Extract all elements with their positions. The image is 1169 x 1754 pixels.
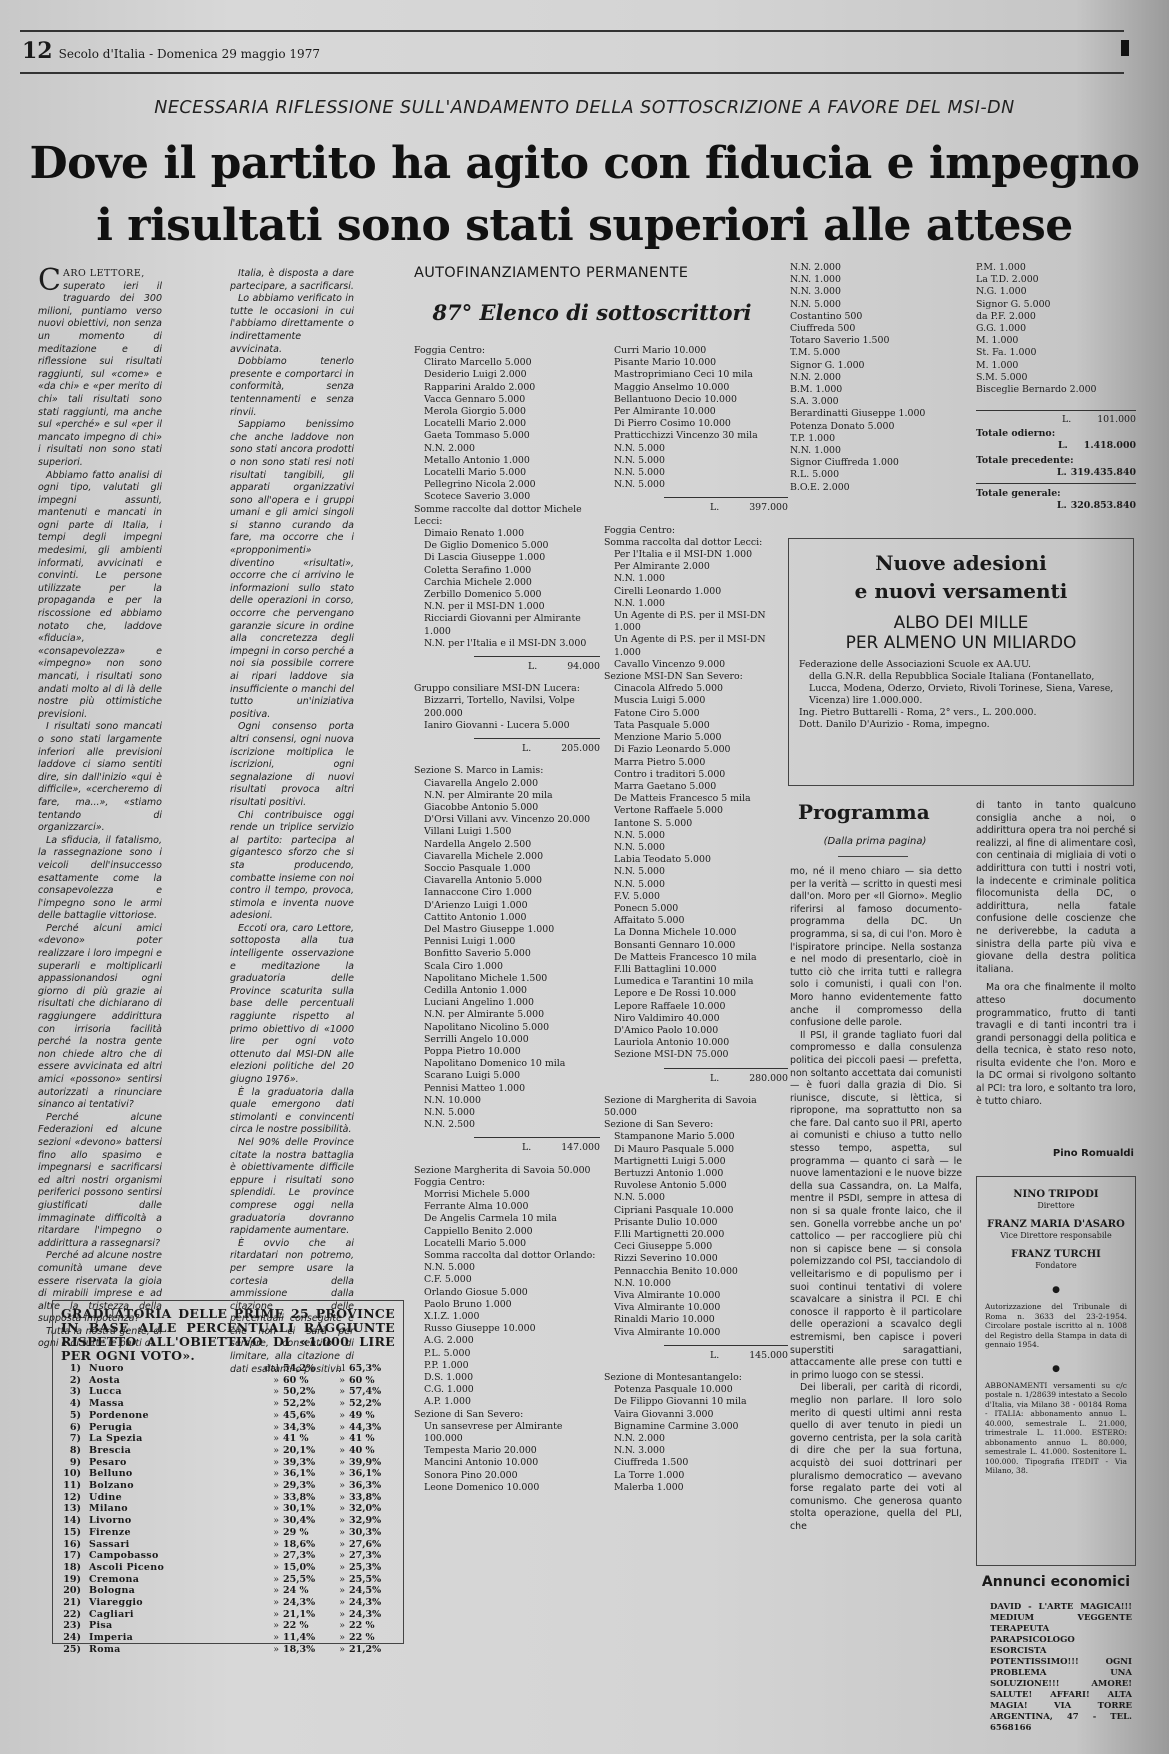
from-percent: 24 % [283, 1585, 329, 1597]
to-label: » [329, 1398, 349, 1410]
contributor: Di Fazio Leonardo 5.000 [604, 744, 788, 756]
programma-subtitle: (Dalla prima pagina) [790, 836, 960, 847]
contributor: Potenza Pasquale 10.000 [604, 1384, 788, 1396]
contributor: Pennacchia Benito 10.000 [604, 1266, 788, 1278]
section-total: L.94.000 [474, 656, 600, 673]
programma-paragraph: mo, né il meno chiaro — sia detto per la… [790, 866, 962, 1030]
from-label: » [263, 1609, 283, 1621]
contributor: Rapparini Araldo 2.000 [414, 382, 600, 394]
contributor: R.L. 5.000 [790, 469, 962, 481]
contributor: N.N. 3.000 [604, 1445, 788, 1457]
contributor: Pennisi Luigi 1.000 [414, 936, 600, 948]
from-label: » [263, 1468, 283, 1480]
contributor: Paolo Bruno 1.000 [414, 1299, 600, 1311]
contributor: da P.F. 2.000 [976, 311, 1136, 323]
contributor: D'Amico Paolo 10.000 [604, 1025, 788, 1037]
masthead-bottom-rule [20, 72, 1124, 74]
contributor: Soccio Pasquale 1.000 [414, 863, 600, 875]
contributor: Tempesta Mario 20.000 [414, 1445, 600, 1457]
top-rule [20, 30, 1124, 32]
contributor: Iantone S. 5.000 [604, 818, 788, 830]
graduatoria-row: 21)Viareggio»24,3%»24,3% [61, 1597, 395, 1609]
contributor: Giacobbe Antonio 5.000 [414, 802, 600, 814]
contributor: B.M. 1.000 [790, 384, 962, 396]
contributor: N.N. 2.000 [604, 1433, 788, 1445]
rank: 3) [61, 1386, 89, 1398]
contributor: Tata Pasquale 5.000 [604, 720, 788, 732]
from-percent: 18,6% [283, 1539, 329, 1551]
section-heading: Sezione di San Severo: [414, 1409, 600, 1421]
to-label: » [329, 1457, 349, 1469]
to-label: » [329, 1539, 349, 1551]
registration-note: Autorizzazione del Tribunale di Roma n. … [977, 1302, 1135, 1350]
contributor: N.N. 1.000 [604, 598, 788, 610]
contributor: Villani Luigi 1.500 [414, 826, 600, 838]
total-value: 147.000 [561, 1142, 600, 1153]
contributor: Scotece Saverio 3.000 [414, 491, 600, 503]
bullet-icon: ● [977, 1285, 1135, 1296]
to-label: al [329, 1363, 349, 1375]
province-name: Imperia [89, 1632, 263, 1644]
province-name: Campobasso [89, 1550, 263, 1562]
contributor: Viva Almirante 10.000 [604, 1302, 788, 1314]
contributor: Cinacola Alfredo 5.000 [604, 683, 788, 695]
contributor: N.N. 3.000 [790, 286, 962, 298]
section-heading: Foggia Centro: [604, 525, 788, 537]
rank: 16) [61, 1539, 89, 1551]
albo-title-2: PER ALMENO UN MILIARDO [789, 633, 1133, 653]
to-label: » [329, 1609, 349, 1621]
currency: L. [710, 1073, 719, 1084]
contributor: N.N. 2.000 [790, 262, 962, 274]
to-percent: 49 % [349, 1410, 395, 1422]
graduatoria-row: 8)Brescia»20,1%»40 % [61, 1445, 395, 1457]
contributor: Del Mastro Giuseppe 1.000 [414, 924, 600, 936]
contributor: Sonora Pino 20.000 [414, 1470, 600, 1482]
from-label: » [263, 1644, 283, 1656]
programma-paragraph: di tanto in tanto qualcuno consiglia anc… [976, 800, 1136, 976]
province-name: Pordenone [89, 1410, 263, 1422]
contributor: Contro i traditori 5.000 [604, 769, 788, 781]
editorial-salutation: ARO LETTORE, [63, 268, 145, 279]
programma-paragraph: Ma ora che finalmente il molto atteso do… [976, 982, 1136, 1108]
contributor: Serrilli Angelo 10.000 [414, 1034, 600, 1046]
to-percent: 36,3% [349, 1480, 395, 1492]
rank: 8) [61, 1445, 89, 1457]
from-label: » [263, 1375, 283, 1387]
from-label: » [263, 1398, 283, 1410]
contributor: Lepore e De Rossi 10.000 [604, 988, 788, 1000]
to-percent: 32,0% [349, 1503, 395, 1515]
graduatoria-table: 1)Nuorodal54,2%al65,3%2)Aosta»60 %»60 %3… [61, 1363, 395, 1656]
contributor: N.N. 5.000 [604, 1192, 788, 1204]
contributor: Zerbillo Domenico 5.000 [414, 589, 600, 601]
graduatoria-row: 16)Sassari»18,6%»27,6% [61, 1539, 395, 1551]
from-percent: 39,3% [283, 1457, 329, 1469]
contributor: S.M. 5.000 [976, 372, 1136, 384]
to-percent: 21,2% [349, 1644, 395, 1656]
from-percent: 33,8% [283, 1492, 329, 1504]
contributor: La Torre 1.000 [604, 1470, 788, 1482]
contributor: N.N. 5.000 [604, 866, 788, 878]
from-label: » [263, 1457, 283, 1469]
page-number: 12 [22, 38, 53, 64]
graduatoria-row: 20)Bologna»24 %»24,5% [61, 1585, 395, 1597]
contributor: Bisceglie Bernardo 2.000 [976, 384, 1136, 396]
editorial-paragraph: I risultati sono mancati o sono stati la… [38, 721, 162, 834]
contributor: Pellegrino Nicola 2.000 [414, 479, 600, 491]
contributor: Napolitano Michele 1.500 [414, 973, 600, 985]
graduatoria-title: GRADUATORIA DELLE PRIME 25 PROVINCE IN B… [61, 1307, 395, 1363]
albo-title-1: ALBO DEI MILLE [789, 613, 1133, 633]
editorial-paragraph: Perché alcune Federazioni ed alcune sezi… [38, 1112, 162, 1251]
currency: L. [528, 661, 537, 672]
contributor: Locatelli Mario 5.000 [414, 467, 600, 479]
contributor: Vertone Raffaele 5.000 [604, 805, 788, 817]
contributor: N.N. 2.000 [414, 443, 600, 455]
from-percent: 21,1% [283, 1609, 329, 1621]
contributor: F.lli Martignetti 20.000 [604, 1229, 788, 1241]
totale-precedente-value: 319.435.840 [1071, 467, 1136, 478]
from-percent: 29,3% [283, 1480, 329, 1492]
from-label: » [263, 1445, 283, 1457]
section-heading: Somma raccolta dal dottor Lecci: [604, 537, 788, 549]
contributor: Clirato Marcello 5.000 [414, 357, 600, 369]
contributor: P.P. 1.000 [414, 1360, 600, 1372]
to-percent: 41 % [349, 1433, 395, 1445]
contributor: Ciavarella Antonio 5.000 [414, 875, 600, 887]
nuove-adesioni-box: Nuove adesioni e nuovi versamenti ALBO D… [788, 538, 1134, 786]
contributor: Lauriola Antonio 10.000 [604, 1037, 788, 1049]
from-percent: 18,3% [283, 1644, 329, 1656]
to-percent: 33,8% [349, 1492, 395, 1504]
programma-sub-rule [838, 856, 908, 857]
contributor: N.N. per Almirante 5.000 [414, 1009, 600, 1021]
graduatoria-box: GRADUATORIA DELLE PRIME 25 PROVINCE IN B… [52, 1300, 404, 1644]
graduatoria-row: 19)Cremona»25,5%»25,5% [61, 1574, 395, 1586]
contributor: Bertuzzi Antonio 1.000 [604, 1168, 788, 1180]
province-name: Bolzano [89, 1480, 263, 1492]
graduatoria-row: 5)Pordenone»45,6%»49 % [61, 1410, 395, 1422]
contributor: N.G. 1.000 [976, 286, 1136, 298]
contributor: Desiderio Luigi 2.000 [414, 369, 600, 381]
contributor: N.N. per il MSI-DN 1.000 [414, 601, 600, 613]
to-percent: 60 % [349, 1375, 395, 1387]
to-percent: 44,3% [349, 1422, 395, 1434]
contributor: Martignetti Luigi 5.000 [604, 1156, 788, 1168]
contributor: Ruvolese Antonio 5.000 [604, 1180, 788, 1192]
elenco-column-c: N.N. 2.000N.N. 1.000N.N. 3.000N.N. 5.000… [790, 262, 962, 494]
contributor: X.I.Z. 1.000 [414, 1311, 600, 1323]
section-heading: Foggia Centro: [414, 1177, 600, 1189]
page-marker [1121, 40, 1129, 56]
contributor: Rizzi Severino 10.000 [604, 1253, 788, 1265]
contributor: A.G. 2.000 [414, 1335, 600, 1347]
elenco-totals: L.101.000 Totale odierno: L.1.418.000 To… [976, 410, 1136, 512]
editorial-paragraph: Italia, è disposta a dare partecipare, a… [230, 268, 354, 293]
contributor: La Donna Michele 10.000 [604, 927, 788, 939]
contributor: T.M. 5.000 [790, 347, 962, 359]
contributor: G.G. 1.000 [976, 323, 1136, 335]
contributor: Lepore Raffaele 10.000 [604, 1001, 788, 1013]
to-percent: 24,3% [349, 1609, 395, 1621]
contributor: Cappiello Benito 2.000 [414, 1226, 600, 1238]
staff-box: NINO TRIPODIDirettoreFRANZ MARIA D'ASARO… [976, 1176, 1136, 1566]
to-percent: 27,3% [349, 1550, 395, 1562]
from-percent: 52,2% [283, 1398, 329, 1410]
province-name: Belluno [89, 1468, 263, 1480]
contributor: Locatelli Mario 2.000 [414, 418, 600, 430]
from-label: » [263, 1433, 283, 1445]
contributor: N.N. 2.000 [790, 372, 962, 384]
province-name: Sassari [89, 1539, 263, 1551]
province-name: Firenze [89, 1527, 263, 1539]
from-label: » [263, 1503, 283, 1515]
from-percent: 25,5% [283, 1574, 329, 1586]
contributor: De Matteis Francesco 5 mila [604, 793, 788, 805]
from-label: » [263, 1410, 283, 1422]
editorial-paragraph: Abbiamo fatto analisi di ogni tipo, valu… [38, 470, 162, 722]
headline-line-2: i risultati sono stati superiori alle at… [0, 200, 1169, 251]
elenco-kicker: AUTOFINANZIAMENTO PERMANENTE [414, 265, 774, 281]
contributor: N.N. 5.000 [604, 879, 788, 891]
contributor: Maggio Anselmo 10.000 [604, 382, 788, 394]
graduatoria-row: 13)Milano»30,1%»32,0% [61, 1503, 395, 1515]
contributor: Pennisi Matteo 1.000 [414, 1083, 600, 1095]
editorial-paragraph: Chi contribuisce oggi rende un triplice … [230, 810, 354, 923]
from-percent: 22 % [283, 1620, 329, 1632]
from-label: » [263, 1620, 283, 1632]
contributor: Labia Teodato 5.000 [604, 854, 788, 866]
programma-signature: Pino Romualdi [976, 1148, 1134, 1159]
contributor: Rinaldi Mario 10.000 [604, 1314, 788, 1326]
contributor: T.P. 1.000 [790, 433, 962, 445]
editorial-paragraph: Ogni consenso porta altri consensi, ogni… [230, 721, 354, 809]
contributor: Bizzarri, Tortello, Navilsi, Volpe 200.0… [414, 695, 600, 719]
contributor: Bonsanti Gennaro 10.000 [604, 940, 788, 952]
to-label: » [329, 1503, 349, 1515]
from-percent: 27,3% [283, 1550, 329, 1562]
graduatoria-row: 14)Livorno»30,4%»32,9% [61, 1515, 395, 1527]
graduatoria-row: 11)Bolzano»29,3%»36,3% [61, 1480, 395, 1492]
totale-precedente-label: Totale precedente: [976, 455, 1136, 467]
contributor: Per Almirante 2.000 [604, 561, 788, 573]
contributor: B.O.E. 2.000 [790, 482, 962, 494]
contributor: Luciani Angelino 1.000 [414, 997, 600, 1009]
contributor: F.V. 5.000 [604, 891, 788, 903]
contributor: Di Lascia Giuseppe 1.000 [414, 552, 600, 564]
total-value: 397.000 [749, 502, 788, 513]
contributor: Napolitano Nicolino 5.000 [414, 1022, 600, 1034]
contributor: Per Almirante 10.000 [604, 406, 788, 418]
contributor: Ciavarella Michele 2.000 [414, 851, 600, 863]
province-name: Roma [89, 1644, 263, 1656]
rank: 9) [61, 1457, 89, 1469]
from-percent: 36,1% [283, 1468, 329, 1480]
elenco-title: 87° Elenco di sottoscrittori [412, 300, 772, 325]
annunci-title: Annunci economici [976, 1574, 1136, 1590]
nuove-title-2: e nuovi versamenti [789, 577, 1133, 605]
annuncio-david: DAVID - L'ARTE MAGICA!!! MEDIUM VEGGENTE… [990, 1602, 1132, 1734]
staff-name: NINO TRIPODI [977, 1189, 1135, 1200]
programma-title: Programma [798, 800, 930, 824]
contributor: N.N. 2.500 [414, 1119, 600, 1131]
rank: 2) [61, 1375, 89, 1387]
graduatoria-row: 12)Udine»33,8%»33,8% [61, 1492, 395, 1504]
programma-paragraph: Dei liberali, per carità di ricordi, meg… [790, 1382, 962, 1533]
contributor: Ianiro Giovanni - Lucera 5.000 [414, 720, 600, 732]
province-name: Bologna [89, 1585, 263, 1597]
contributor: N.N. 10.000 [414, 1095, 600, 1107]
from-label: » [263, 1574, 283, 1586]
contributor: D'Orsi Villani avv. Vincenzo 20.000 [414, 814, 600, 826]
elenco-column-d: P.M. 1.000La T.D. 2.000N.G. 1.000Signor … [976, 262, 1136, 396]
province-name: Aosta [89, 1375, 263, 1387]
rank: 22) [61, 1609, 89, 1621]
contributor: Di Mauro Pasquale 5.000 [604, 1144, 788, 1156]
contributor: Pisante Mario 10.000 [604, 357, 788, 369]
graduatoria-row: 18)Ascoli Piceno»15,0%»25,3% [61, 1562, 395, 1574]
province-name: Perugia [89, 1422, 263, 1434]
contributor: Curri Mario 10.000 [604, 345, 788, 357]
from-label: » [263, 1562, 283, 1574]
contributor: C.G. 1.000 [414, 1384, 600, 1396]
graduatoria-row: 3)Lucca»50,2%»57,4% [61, 1386, 395, 1398]
editorial-paragraph: È la graduatoria dalla quale emergono da… [230, 1087, 354, 1137]
staff-name: FRANZ TURCHI [977, 1249, 1135, 1260]
rank: 13) [61, 1503, 89, 1515]
rank: 6) [61, 1422, 89, 1434]
province-name: Viareggio [89, 1597, 263, 1609]
newspaper-page: 12 Secolo d'Italia - Domenica 29 maggio … [0, 0, 1169, 1754]
rank: 1) [61, 1363, 89, 1375]
to-label: » [329, 1433, 349, 1445]
to-percent: 40 % [349, 1445, 395, 1457]
contributor: M. 1.000 [976, 335, 1136, 347]
from-percent: 20,1% [283, 1445, 329, 1457]
to-label: » [329, 1632, 349, 1644]
contributor: Mancini Antonio 10.000 [414, 1457, 600, 1469]
contributor: N.N. 10.000 [604, 1278, 788, 1290]
rank: 25) [61, 1644, 89, 1656]
to-percent: 36,1% [349, 1468, 395, 1480]
programma-paragraph: Il PSI, il grande tagliato fuori dal com… [790, 1030, 962, 1383]
nuove-entries: Federazione delle Associazioni Scuole ex… [789, 653, 1133, 731]
contributor: Mastroprimiano Ceci 10 mila [604, 369, 788, 381]
contributor: P.L. 5.000 [414, 1348, 600, 1360]
graduatoria-row: 24)Imperia»11,4%»22 % [61, 1632, 395, 1644]
contributor: Viva Almirante 10.000 [604, 1290, 788, 1302]
contributor: Totaro Saverio 1.500 [790, 335, 962, 347]
section-heading: Sezione MSI-DN San Severo: [604, 671, 788, 683]
section-heading: Foggia Centro: [414, 345, 600, 357]
from-label: » [263, 1632, 283, 1644]
province-name: La Spezia [89, 1433, 263, 1445]
from-percent: 30,4% [283, 1515, 329, 1527]
to-label: » [329, 1422, 349, 1434]
section-heading: Gruppo consiliare MSI-DN Lucera: [414, 683, 600, 695]
staff-role: Fondatore [977, 1260, 1135, 1271]
to-label: » [329, 1644, 349, 1656]
contributor: S.A. 3.000 [790, 396, 962, 408]
contributor: Fatone Ciro 5.000 [604, 708, 788, 720]
contributor: Poppa Pietro 10.000 [414, 1046, 600, 1058]
contributor: Iannaccone Ciro 1.000 [414, 887, 600, 899]
to-label: » [329, 1620, 349, 1632]
currency: L. [710, 502, 719, 513]
province-name: Lucca [89, 1386, 263, 1398]
to-label: » [329, 1597, 349, 1609]
contributor: N.N. 5.000 [414, 1107, 600, 1119]
contributor: Ciuffreda 1.500 [604, 1457, 788, 1469]
to-label: » [329, 1492, 349, 1504]
from-label: » [263, 1597, 283, 1609]
contributor: Sezione MSI-DN 75.000 [604, 1049, 788, 1061]
to-percent: 24,5% [349, 1585, 395, 1597]
contributor: Menzione Mario 5.000 [604, 732, 788, 744]
rank: 19) [61, 1574, 89, 1586]
contributor: N.N. per Almirante 20 mila [414, 790, 600, 802]
contributor: Signor G. 1.000 [790, 360, 962, 372]
nuove-entry-2: Ing. Pietro Buttarelli - Roma, 2° vers.,… [799, 707, 1123, 719]
from-percent: 24,3% [283, 1597, 329, 1609]
elenco-column-b: Curri Mario 10.000Pisante Mario 10.000Ma… [604, 345, 788, 1494]
contributor: Leone Domenico 10.000 [414, 1482, 600, 1494]
section-heading: Sezione S. Marco in Lamis: [414, 765, 600, 777]
contributor: N.N. 5.000 [604, 455, 788, 467]
totale-odierno-label: Totale odierno: [976, 428, 1136, 440]
contributor: N.N. per l'Italia e il MSI-DN 3.000 [414, 638, 600, 650]
graduatoria-row: 1)Nuorodal54,2%al65,3% [61, 1363, 395, 1375]
rank: 11) [61, 1480, 89, 1492]
contributor: A.P. 1.000 [414, 1396, 600, 1408]
section-heading: Sezione di Montesantangelo: [604, 1372, 788, 1384]
contributor: N.N. 1.000 [790, 445, 962, 457]
total-value: 94.000 [567, 661, 600, 672]
to-percent: 27,6% [349, 1539, 395, 1551]
from-percent: 29 % [283, 1527, 329, 1539]
contributor: Affaitato 5.000 [604, 915, 788, 927]
contributor: Dimaio Renato 1.000 [414, 528, 600, 540]
nuove-entry-1-rest: della G.N.R. della Repubblica Sociale It… [799, 671, 1123, 707]
from-percent: 11,4% [283, 1632, 329, 1644]
currency: L. [522, 743, 531, 754]
to-label: » [329, 1515, 349, 1527]
to-label: » [329, 1468, 349, 1480]
to-percent: 32,9% [349, 1515, 395, 1527]
contributor: Merola Giorgio 5.000 [414, 406, 600, 418]
editorial-paragraph: Perché alcuni amici «devono» poter reali… [38, 923, 162, 1112]
contributor: Marra Gaetano 5.000 [604, 781, 788, 793]
province-name: Cagliari [89, 1609, 263, 1621]
contributor: Bignamine Carmine 3.000 [604, 1421, 788, 1433]
province-name: Pesaro [89, 1457, 263, 1469]
section-heading: Sezione Margherita di Savoia 50.000 [414, 1165, 600, 1177]
contributor: N.N. 1.000 [604, 573, 788, 585]
contributor: F.lli Battaglini 10.000 [604, 964, 788, 976]
contributor: D.S. 1.000 [414, 1372, 600, 1384]
subtotal-value: 101.000 [1097, 414, 1136, 425]
total-value: 280.000 [749, 1073, 788, 1084]
contributor: N.N. 5.000 [790, 299, 962, 311]
contributor: Locatelli Mario 5.000 [414, 1238, 600, 1250]
from-label: » [263, 1585, 283, 1597]
masthead: 12 Secolo d'Italia - Domenica 29 maggio … [22, 38, 320, 64]
rank: 17) [61, 1550, 89, 1562]
totale-generale-label: Totale generale: [976, 483, 1136, 500]
province-name: Udine [89, 1492, 263, 1504]
province-name: Pisa [89, 1620, 263, 1632]
